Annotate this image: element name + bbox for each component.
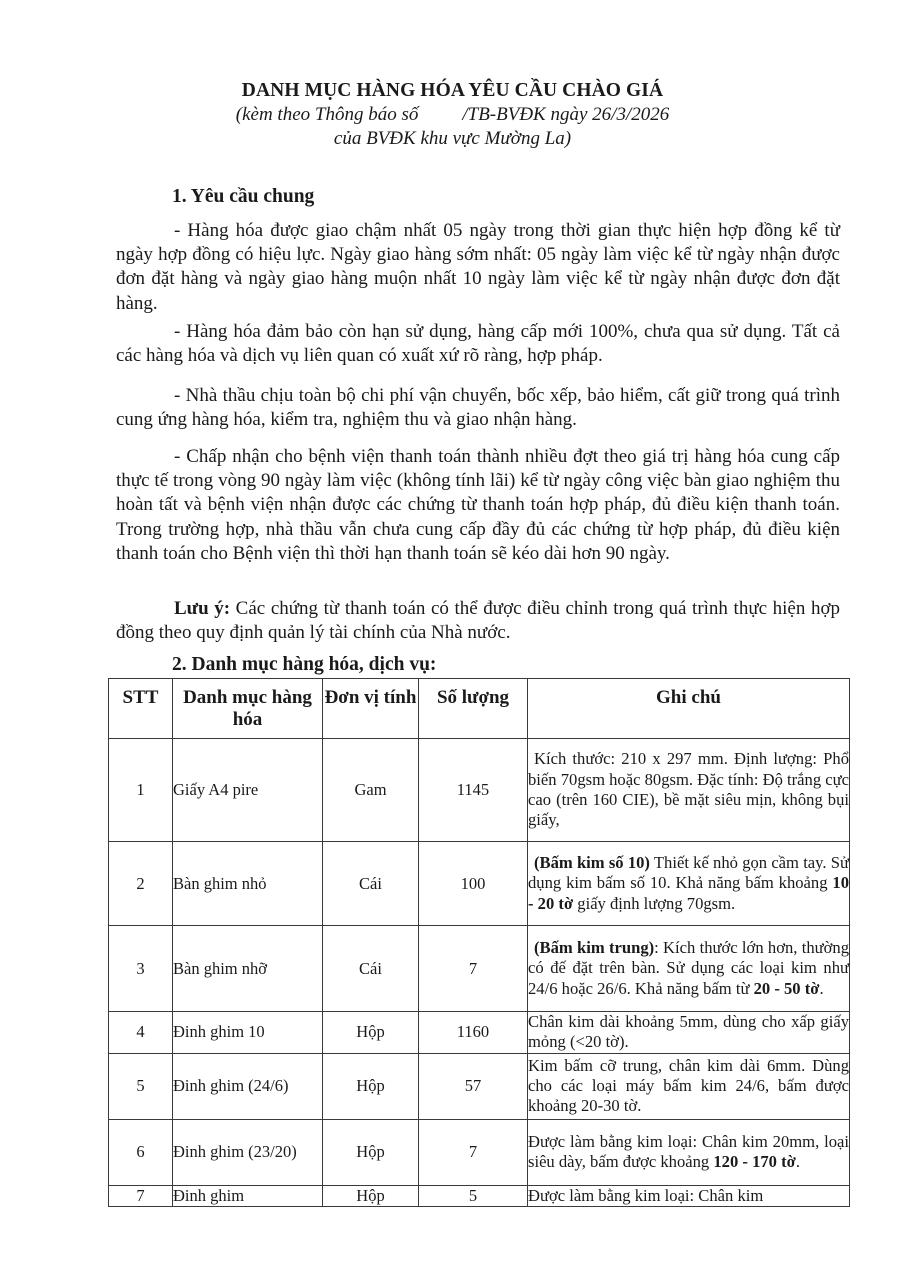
cell-unit: Gam — [323, 739, 419, 842]
column-header-unit: Đơn vị tính — [323, 679, 419, 739]
requirement-paragraph-4: - Chấp nhận cho bệnh viện thanh toán thà… — [116, 445, 840, 566]
column-header-notes: Ghi chú — [528, 679, 850, 739]
cell-notes: Kích thước: 210 x 297 mm. Định lượng: Ph… — [528, 739, 850, 842]
document-subtitle: (kèm theo Thông báo số/TB-BVĐK ngày 26/3… — [0, 104, 905, 126]
note-emphasis: 120 - 170 tờ — [713, 1152, 795, 1171]
cell-item-name: Đinh ghim — [173, 1185, 323, 1206]
cell-unit: Hộp — [323, 1012, 419, 1054]
note-paragraph: Lưu ý: Các chứng từ thanh toán có thể đư… — [116, 597, 840, 645]
note-emphasis: 20 - 50 tờ — [754, 979, 820, 998]
note-label: Lưu ý: — [174, 598, 230, 619]
table-row: 6Đinh ghim (23/20)Hộp7Được làm bằng kim … — [109, 1119, 850, 1185]
cell-unit: Cái — [323, 842, 419, 926]
note-text: Kích thước: 210 x 297 mm. Định lượng: Ph… — [528, 749, 849, 829]
column-header-stt: STT — [109, 679, 173, 739]
note-text: giấy định lượng 70gsm. — [573, 894, 735, 913]
column-header-quantity: Số lượng — [419, 679, 528, 739]
cell-stt: 5 — [109, 1053, 173, 1119]
cell-quantity: 100 — [419, 842, 528, 926]
cell-stt: 3 — [109, 926, 173, 1012]
cell-notes: Được làm bằng kim loại: Chân kim — [528, 1185, 850, 1206]
note-text: Chân kim dài khoảng 5mm, dùng cho xấp gi… — [528, 1012, 849, 1051]
document-subtitle-line-2: của BVĐK khu vực Mường La) — [0, 128, 905, 150]
table-row: 7Đinh ghimHộp5Được làm bằng kim loại: Ch… — [109, 1185, 850, 1206]
cell-quantity: 1145 — [419, 739, 528, 842]
cell-unit: Cái — [323, 926, 419, 1012]
cell-item-name: Đinh ghim (23/20) — [173, 1119, 323, 1185]
goods-table: STT Danh mục hàng hóa Đơn vị tính Số lượ… — [108, 678, 850, 1207]
cell-stt: 7 — [109, 1185, 173, 1206]
note-text: . — [819, 979, 823, 998]
cell-notes: Được làm bằng kim loại: Chân kim 20mm, l… — [528, 1119, 850, 1185]
requirement-paragraph-2: - Hàng hóa đảm bảo còn hạn sử dụng, hàng… — [116, 320, 840, 368]
cell-quantity: 1160 — [419, 1012, 528, 1054]
requirement-paragraph-3: - Nhà thầu chịu toàn bộ chi phí vận chuy… — [116, 384, 840, 432]
cell-quantity: 5 — [419, 1185, 528, 1206]
cell-item-name: Đinh ghim 10 — [173, 1012, 323, 1054]
cell-unit: Hộp — [323, 1185, 419, 1206]
document-title: DANH MỤC HÀNG HÓA YÊU CẦU CHÀO GIÁ — [0, 80, 905, 102]
section-1-heading: 1. Yêu cầu chung — [172, 186, 314, 208]
cell-notes: (Bấm kim trung): Kích thước lớn hơn, thư… — [528, 926, 850, 1012]
cell-notes: (Bấm kim số 10) Thiết kế nhỏ gọn cầm tay… — [528, 842, 850, 926]
table-row: 1Giấy A4 pireGam1145Kích thước: 210 x 29… — [109, 739, 850, 842]
table-row: 2Bàn ghim nhỏCái100(Bấm kim số 10) Thiết… — [109, 842, 850, 926]
cell-item-name: Giấy A4 pire — [173, 739, 323, 842]
cell-item-name: Đinh ghim (24/6) — [173, 1053, 323, 1119]
cell-quantity: 7 — [419, 1119, 528, 1185]
cell-stt: 6 — [109, 1119, 173, 1185]
table-header-row: STT Danh mục hàng hóa Đơn vị tính Số lượ… — [109, 679, 850, 739]
note-text: Được làm bằng kim loại: Chân kim — [528, 1186, 763, 1205]
table-row: 3Bàn ghim nhỡCái7(Bấm kim trung): Kích t… — [109, 926, 850, 1012]
cell-unit: Hộp — [323, 1119, 419, 1185]
note-text: Kim bấm cỡ trung, chân kim dài 6mm. Dùng… — [528, 1056, 849, 1116]
column-header-item-name: Danh mục hàng hóa — [173, 679, 323, 739]
requirement-paragraph-1: - Hàng hóa được giao chậm nhất 05 ngày t… — [116, 219, 840, 316]
subtitle-part-1: (kèm theo Thông báo số — [236, 104, 419, 125]
note-text: Được làm bằng kim loại: Chân kim 20mm, l… — [528, 1132, 849, 1171]
cell-stt: 2 — [109, 842, 173, 926]
cell-item-name: Bàn ghim nhỡ — [173, 926, 323, 1012]
note-emphasis: (Bấm kim số 10) — [534, 853, 650, 872]
cell-notes: Kim bấm cỡ trung, chân kim dài 6mm. Dùng… — [528, 1053, 850, 1119]
cell-stt: 1 — [109, 739, 173, 842]
cell-notes: Chân kim dài khoảng 5mm, dùng cho xấp gi… — [528, 1012, 850, 1054]
cell-stt: 4 — [109, 1012, 173, 1054]
table-row: 4Đinh ghim 10Hộp1160Chân kim dài khoảng … — [109, 1012, 850, 1054]
section-2-heading: 2. Danh mục hàng hóa, dịch vụ: — [172, 654, 436, 676]
subtitle-part-2: /TB-BVĐK ngày 26/3/2026 — [462, 104, 669, 125]
note-text: . — [796, 1152, 800, 1171]
cell-quantity: 57 — [419, 1053, 528, 1119]
cell-unit: Hộp — [323, 1053, 419, 1119]
cell-quantity: 7 — [419, 926, 528, 1012]
note-emphasis: (Bấm kim trung) — [534, 938, 654, 957]
table-row: 5Đinh ghim (24/6)Hộp57Kim bấm cỡ trung, … — [109, 1053, 850, 1119]
cell-item-name: Bàn ghim nhỏ — [173, 842, 323, 926]
